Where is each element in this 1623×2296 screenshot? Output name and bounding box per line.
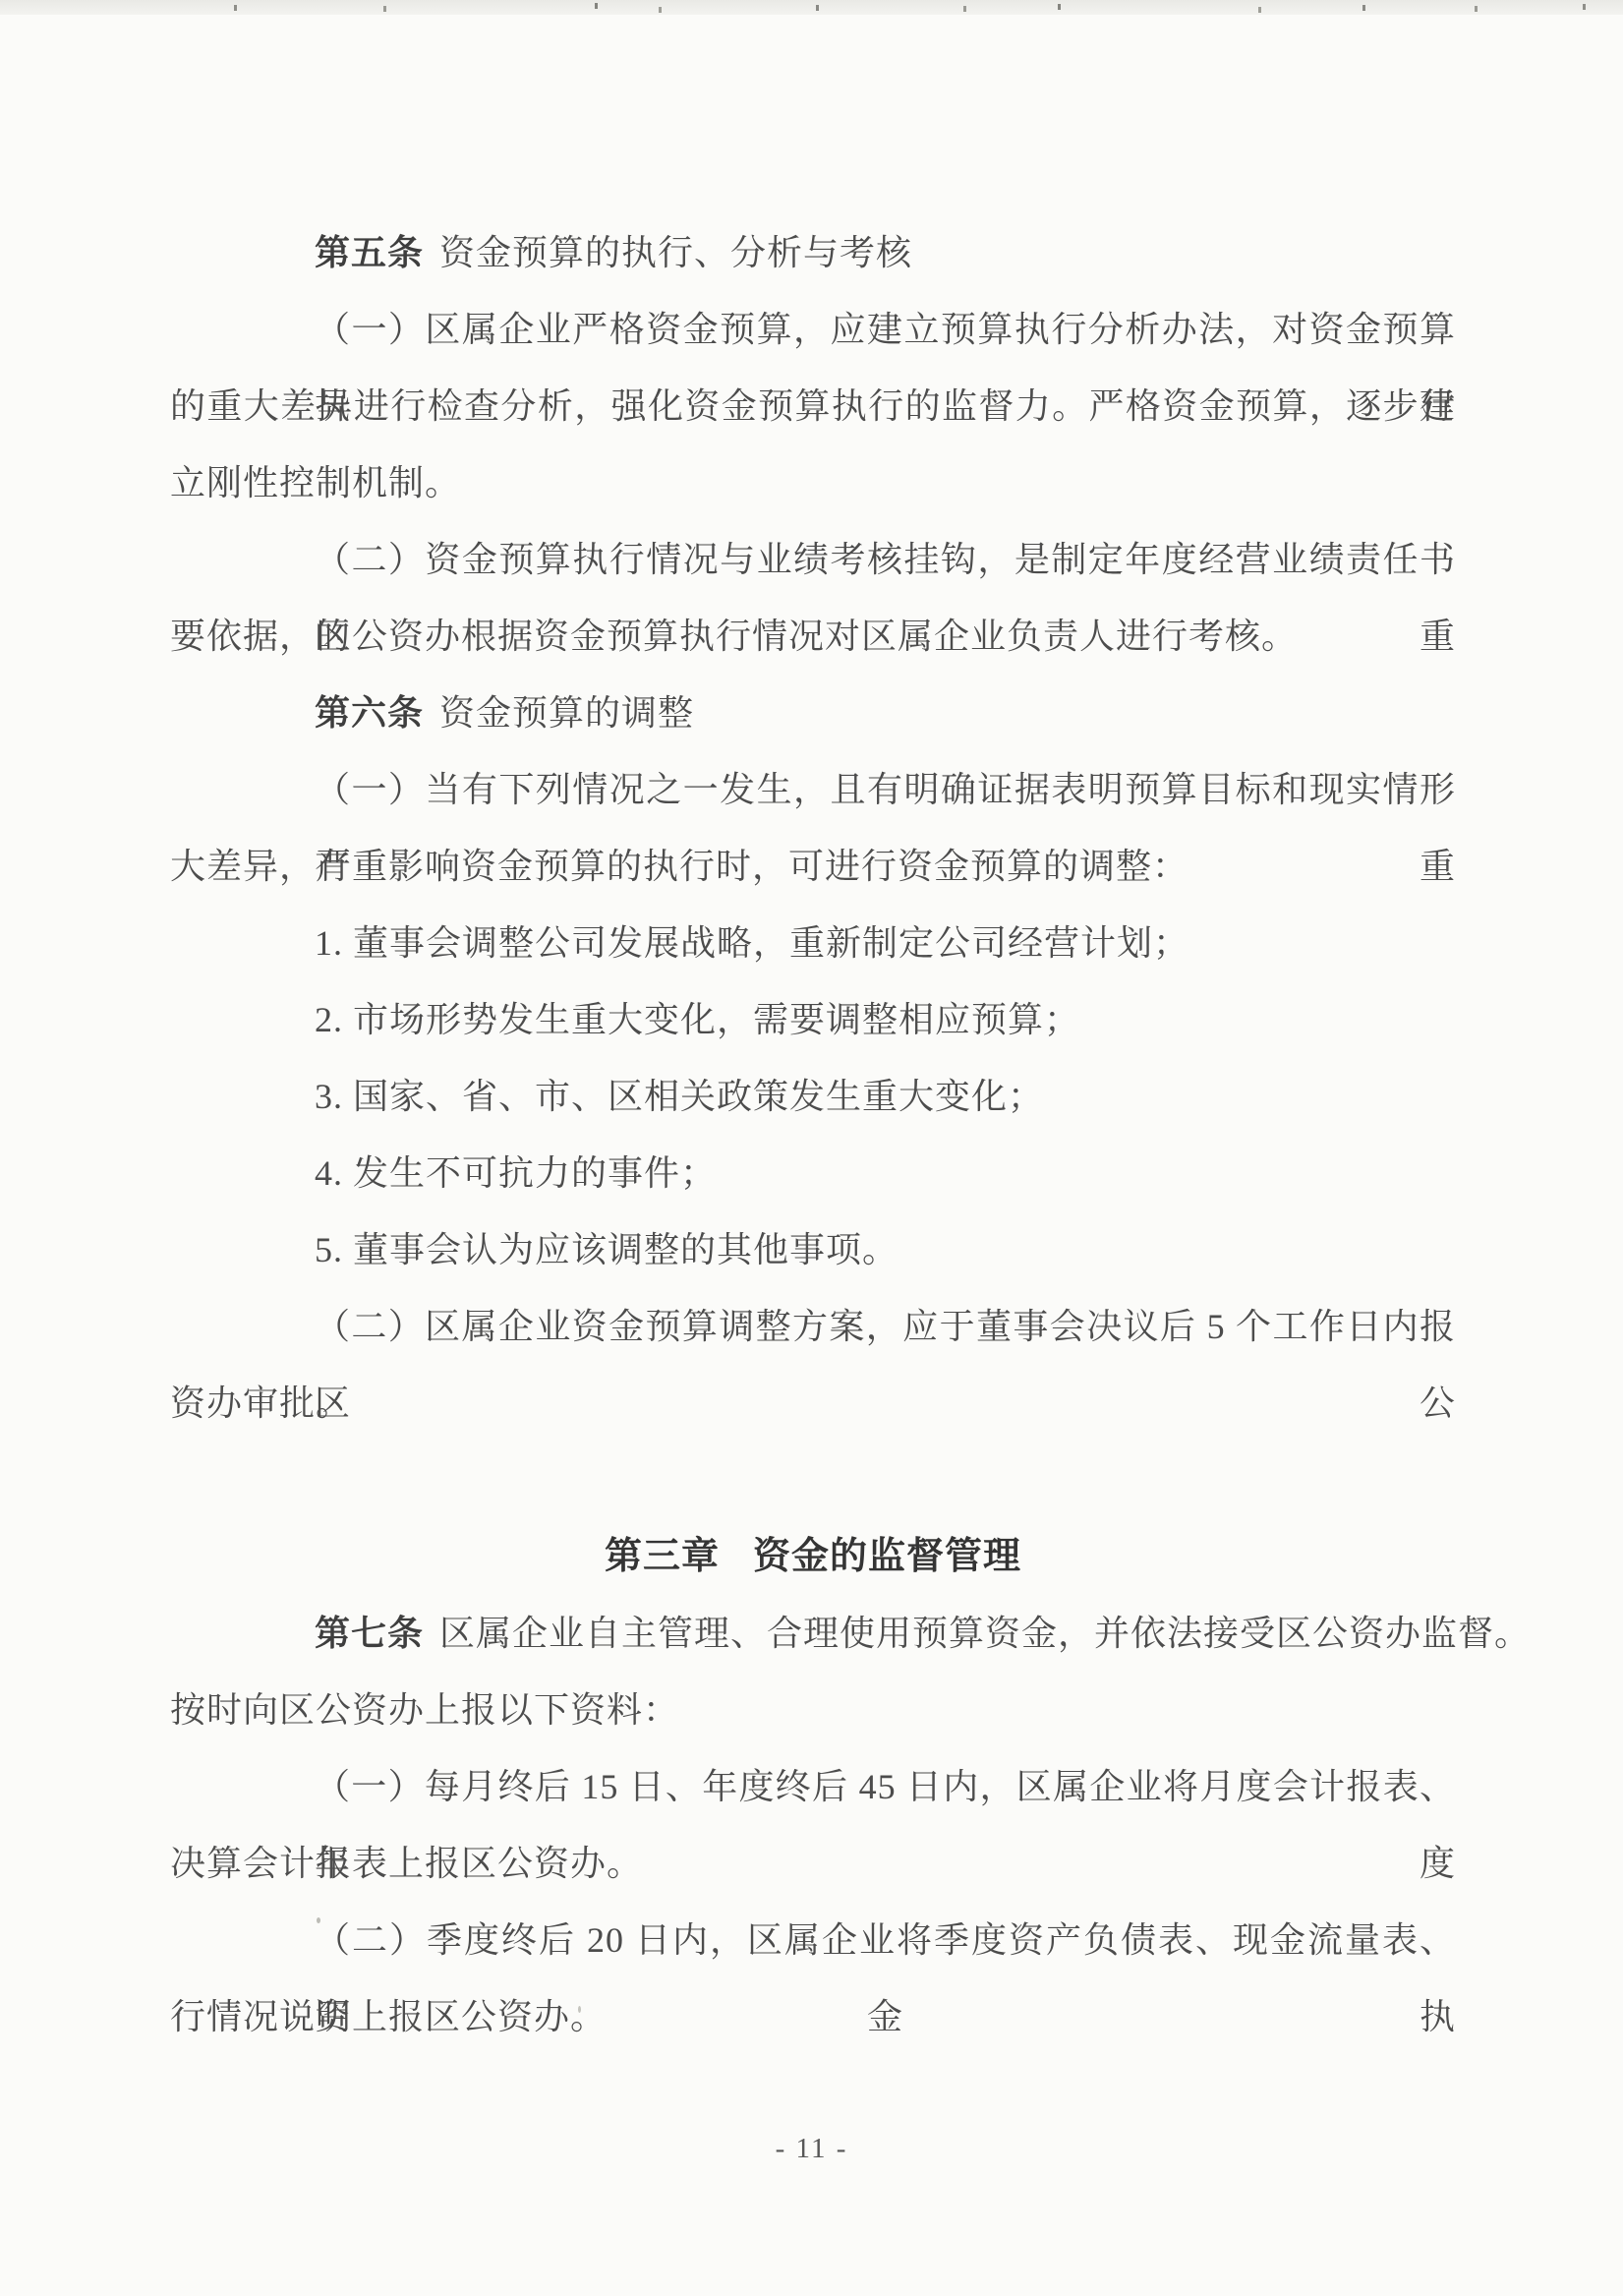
document-line: 5. 董事会认为应该调整的其他事项。 xyxy=(170,1211,1456,1288)
document-line: （一）区属企业严格资金预算，应建立预算执行分析办法，对资金预算执行 xyxy=(170,291,1456,368)
document-body: 第五条资金预算的执行、分析与考核（一）区属企业严格资金预算，应建立预算执行分析办… xyxy=(170,0,1456,2055)
document-line: 2. 市场形势发生重大变化，需要调整相应预算； xyxy=(170,981,1456,1058)
scan-speck xyxy=(578,2006,581,2013)
article-number: 第七条 xyxy=(315,1613,424,1653)
document-line: 1. 董事会调整公司发展战略，重新制定公司经营计划； xyxy=(170,905,1456,981)
document-line: （二）区属企业资金预算调整方案，应于董事会决议后 5 个工作日内报区公 xyxy=(170,1288,1456,1365)
line-text: 区属企业自主管理、合理使用预算资金，并依法接受区公资办监督。 xyxy=(439,1614,1531,1653)
line-text: 资金预算的执行、分析与考核 xyxy=(439,233,912,272)
chapter-number: 第三章 xyxy=(605,1536,720,1577)
document-line: （一）当有下列情况之一发生，且有明确证据表明预算目标和现实情形有重 xyxy=(170,751,1456,828)
page-number: - 11 - xyxy=(0,2124,1623,2173)
line-text: 资金的监督管理 xyxy=(753,1536,1021,1577)
scan-speck xyxy=(317,1917,320,1923)
article-heading-line: 第七条区属企业自主管理、合理使用预算资金，并依法接受区公资办监督。 xyxy=(170,1595,1456,1672)
document-line: 按时向区公资办上报以下资料： xyxy=(170,1672,1456,1748)
line-text: 资金预算的调整 xyxy=(439,693,694,733)
article-number: 第五条 xyxy=(315,232,424,272)
chapter-heading: 第三章资金的监督管理 xyxy=(170,1518,1456,1595)
article-number: 第六条 xyxy=(315,692,424,733)
document-line: （一）每月终后 15 日、年度终后 45 日内，区属企业将月度会计报表、年度 xyxy=(170,1748,1456,1825)
document-line: 4. 发生不可抗力的事件； xyxy=(170,1135,1456,1211)
document-line: 立刚性控制机制。 xyxy=(170,444,1456,521)
document-line: 的重大差异进行检查分析，强化资金预算执行的监督力。严格资金预算，逐步建 xyxy=(170,368,1456,444)
document-line: （二）资金预算执行情况与业绩考核挂钩，是制定年度经营业绩责任书的重 xyxy=(170,521,1456,598)
article-heading-line: 第六条资金预算的调整 xyxy=(170,675,1456,751)
document-line: 3. 国家、省、市、区相关政策发生重大变化； xyxy=(170,1058,1456,1135)
article-heading-line: 第五条资金预算的执行、分析与考核 xyxy=(170,214,1456,291)
document-line: 要依据，区公资办根据资金预算执行情况对区属企业负责人进行考核。 xyxy=(170,598,1456,675)
document-line: （二）季度终后 20 日内，区属企业将季度资产负债表、现金流量表、资金执 xyxy=(170,1902,1456,1978)
